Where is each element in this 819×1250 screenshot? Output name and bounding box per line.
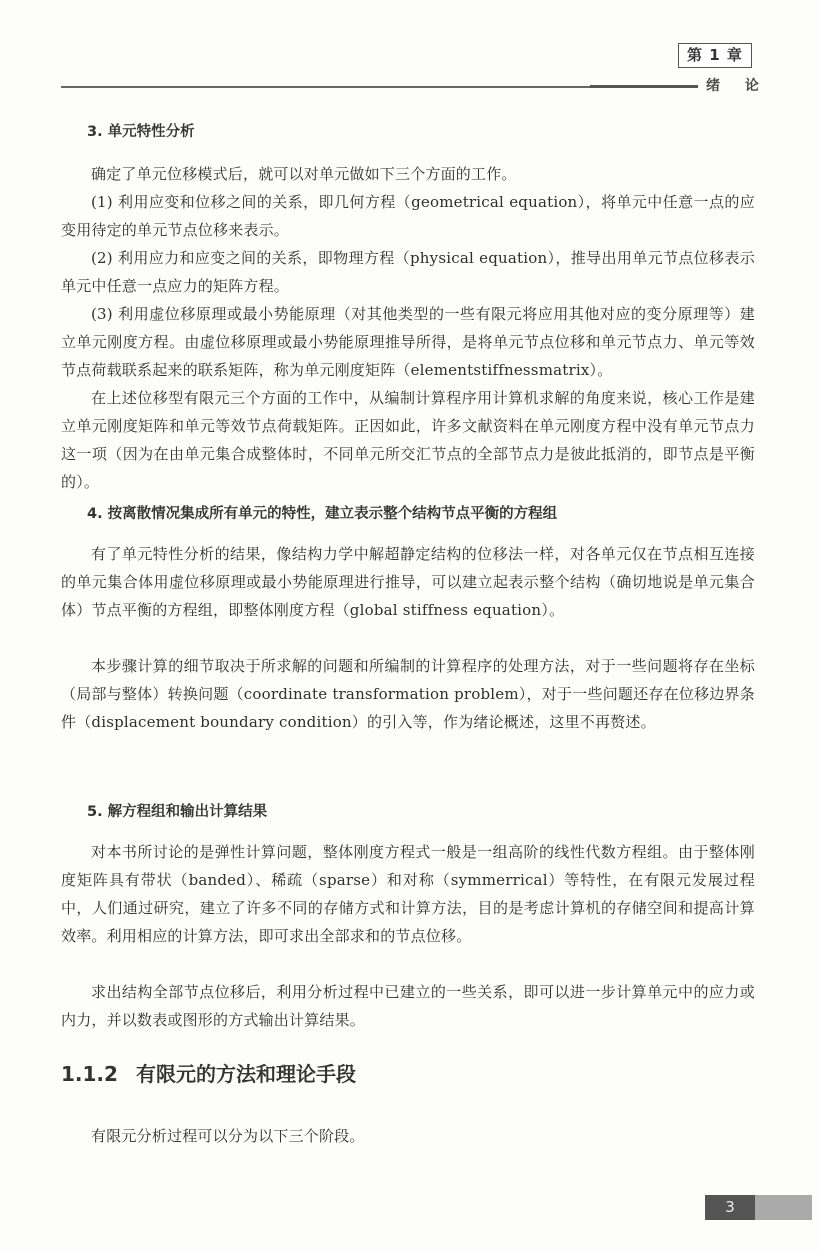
paragraph: (3) 利用虚位移原理或最小势能原理（对其他类型的一些有限元将应用其他对应的变分… bbox=[61, 300, 755, 384]
chapter-label-box: 第 1 章 bbox=[678, 43, 752, 68]
paragraph: (2) 利用应力和应变之间的关系，即物理方程（physical equation… bbox=[61, 244, 755, 300]
subsection-title: 有限元的方法和理论手段 bbox=[136, 1062, 356, 1086]
section-heading: 3. 单元特性分析 bbox=[61, 120, 195, 141]
paragraph: 有限元分析过程可以分为以下三个阶段。 bbox=[61, 1122, 755, 1150]
chapter-title: 绪 论 bbox=[706, 75, 769, 95]
subsection-number: 1.1.2 bbox=[61, 1062, 118, 1086]
paragraph: 在上述位移型有限元三个方面的工作中，从编制计算程序用计算机求解的角度来说，核心工… bbox=[61, 384, 755, 496]
section-heading: 4. 按离散情况集成所有单元的特性，建立表示整个结构节点平衡的方程组 bbox=[61, 502, 557, 523]
paragraph: 确定了单元位移模式后，就可以对单元做如下三个方面的工作。 bbox=[61, 160, 755, 188]
subsection-heading: 1.1.2有限元的方法和理论手段 bbox=[61, 1058, 356, 1087]
paragraph: 对本书所讨论的是弹性计算问题，整体刚度方程式一般是一组高阶的线性代数方程组。由于… bbox=[61, 838, 755, 950]
paragraph: 求出结构全部节点位移后，利用分析过程中已建立的一些关系，即可以进一步计算单元中的… bbox=[61, 978, 755, 1034]
paragraph: 有了单元特性分析的结果，像结构力学中解超静定结构的位移法一样，对各单元仅在节点相… bbox=[61, 540, 755, 624]
page-number-bar bbox=[755, 1195, 812, 1220]
paragraph: 本步骤计算的细节取决于所求解的问题和所编制的计算程序的处理方法，对于一些问题将存… bbox=[61, 652, 755, 736]
section-heading: 5. 解方程组和输出计算结果 bbox=[61, 800, 267, 821]
page-number: 3 bbox=[705, 1195, 755, 1220]
paragraph: (1) 利用应变和位移之间的关系，即几何方程（geometrical equat… bbox=[61, 188, 755, 244]
header-rule-thin bbox=[61, 86, 591, 88]
header-rule-thick bbox=[590, 85, 698, 88]
